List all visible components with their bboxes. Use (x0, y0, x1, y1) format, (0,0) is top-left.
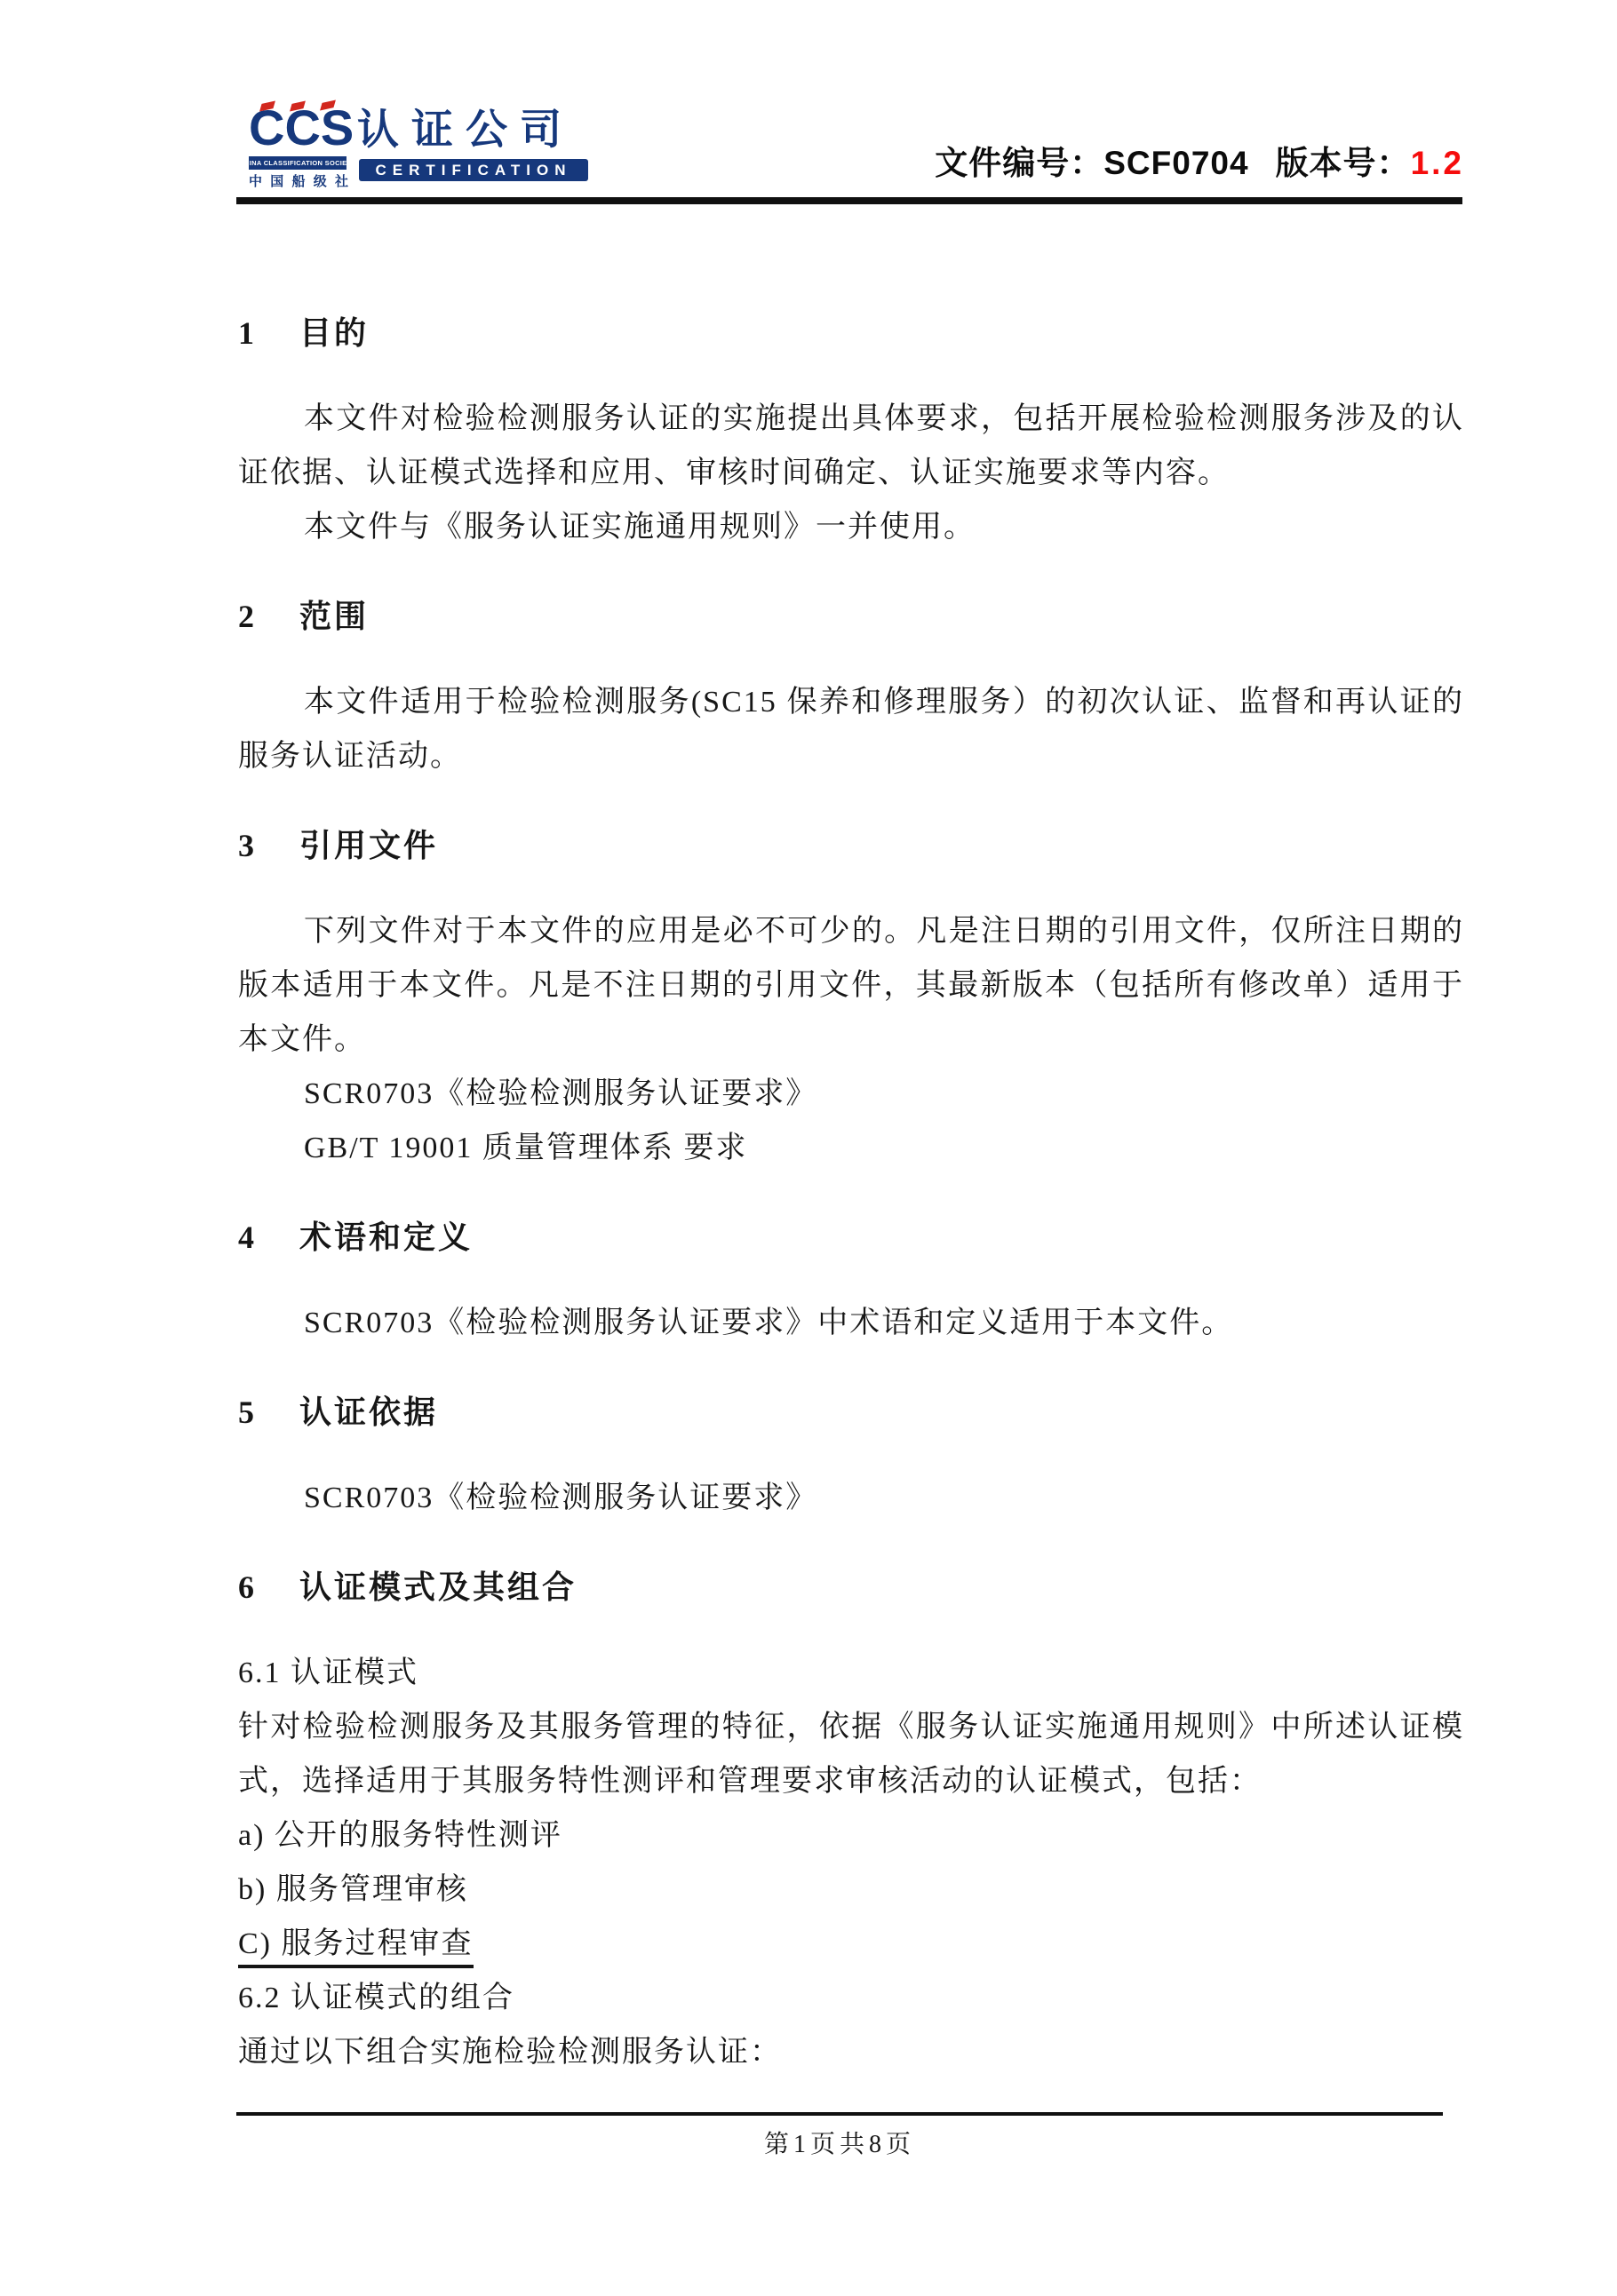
paragraph-text: b) 服务管理审核 (238, 1873, 468, 1906)
section-heading: 1目的 (238, 306, 1464, 361)
paragraph-text: a) 公开的服务特性测评 (238, 1819, 562, 1852)
paragraph-text: SCR0703《检验检测服务认证要求》 (304, 1482, 817, 1514)
paragraph-text: GB/T 19001 质量管理体系 要求 (304, 1132, 747, 1164)
body-paragraph: 下列文件对于本文件的应用是必不可少的。凡是注日期的引用文件，仅所注日期的版本适用… (238, 904, 1464, 1067)
section-number: 3 (238, 819, 299, 873)
certification-bar: CERTIFICATION (359, 159, 588, 181)
society-cn-char: 级 (314, 171, 327, 190)
paragraph-text: 本文件与《服务认证实施通用规则》一并使用。 (304, 511, 976, 544)
section-heading: 6认证模式及其组合 (238, 1561, 1464, 1615)
section-number: 4 (238, 1211, 299, 1265)
body-paragraph: 针对检验检测服务及其服务管理的特征，依据《服务认证实施通用规则》中所述认证模式，… (238, 1700, 1464, 1808)
section-title: 术语和定义 (299, 1220, 473, 1255)
header-rule (236, 197, 1462, 204)
society-cn-char: 船 (291, 171, 305, 190)
section-number: 6 (238, 1561, 299, 1615)
society-cn-char: 中 (249, 171, 262, 190)
underlined-text: C) 服务过程审查 (238, 1927, 474, 1968)
society-cn-char: 社 (335, 171, 348, 190)
body-paragraph: a) 公开的服务特性测评 (238, 1808, 1464, 1863)
society-cn-label: 中国船级社 (249, 171, 348, 190)
ccs-mark: CCS (249, 105, 348, 153)
section-title: 范围 (299, 599, 369, 634)
body-paragraph: C) 服务过程审查 (238, 1917, 1464, 1971)
section-number: 2 (238, 590, 299, 644)
body-paragraph: 6.1 认证模式 (238, 1646, 1464, 1700)
company-name-cn: 认证公司 (357, 108, 574, 151)
version-label: 版本号： (1276, 145, 1411, 181)
body-paragraph: 本文件对检验检测服务认证的实施提出具体要求，包括开展检验检测服务涉及的认证依据、… (238, 392, 1464, 500)
body-paragraph: SCR0703《检验检测服务认证要求》 (238, 1067, 1464, 1121)
paragraph-text: 6.2 认证模式的组合 (238, 1982, 514, 2014)
ccs-logo: CCS CHINA CLASSIFICATION SOCIETY 中国船级社 认… (249, 105, 595, 189)
body-paragraph: b) 服务管理审核 (238, 1863, 1464, 1917)
doc-number-value: SCF0704 (1103, 145, 1248, 181)
body-paragraph: 本文件与《服务认证实施通用规则》一并使用。 (238, 500, 1464, 554)
paragraph-text: 本文件对检验检测服务认证的实施提出具体要求，包括开展检验检测服务涉及的认证依据、… (238, 402, 1464, 489)
section-heading: 2范围 (238, 590, 1464, 644)
section-title: 认证依据 (299, 1394, 438, 1430)
page-number: 第1页共8页 (236, 2125, 1443, 2160)
body-paragraph: 本文件适用于检验检测服务(SC15 保养和修理服务）的初次认证、监督和再认证的服… (238, 675, 1464, 783)
document-page: CCS CHINA CLASSIFICATION SOCIETY 中国船级社 认… (0, 0, 1617, 2296)
body-paragraph: SCR0703《检验检测服务认证要求》 (238, 1471, 1464, 1525)
section-heading: 5认证依据 (238, 1386, 1464, 1440)
paragraph-text: 针对检验检测服务及其服务管理的特征，依据《服务认证实施通用规则》中所述认证模式，… (238, 1711, 1464, 1798)
section-number: 5 (238, 1386, 299, 1440)
body-paragraph: 6.2 认证模式的组合 (238, 1971, 1464, 2025)
document-body: 1目的本文件对检验检测服务认证的实施提出具体要求，包括开展检验检测服务涉及的认证… (238, 306, 1464, 2079)
body-paragraph: 通过以下组合实施检验检测服务认证： (238, 2025, 1464, 2079)
section-heading: 3引用文件 (238, 819, 1464, 873)
document-id-line: 文件编号：SCF0704版本号：1.2 (935, 144, 1464, 183)
section-number: 1 (238, 306, 299, 361)
paragraph-text: 本文件适用于检验检测服务(SC15 保养和修理服务）的初次认证、监督和再认证的服… (238, 686, 1464, 773)
body-paragraph: SCR0703《检验检测服务认证要求》中术语和定义适用于本文件。 (238, 1296, 1464, 1350)
section-title: 引用文件 (299, 828, 438, 863)
section-title: 认证模式及其组合 (299, 1569, 577, 1605)
society-cn-char: 国 (270, 171, 283, 190)
section-heading: 4术语和定义 (238, 1211, 1464, 1265)
paragraph-text: 通过以下组合实施检验检测服务认证： (238, 2036, 782, 2069)
paragraph-text: SCR0703《检验检测服务认证要求》 (304, 1077, 817, 1110)
doc-number-label: 文件编号： (935, 145, 1103, 181)
paragraph-text: SCR0703《检验检测服务认证要求》中术语和定义适用于本文件。 (304, 1307, 1233, 1339)
body-paragraph: GB/T 19001 质量管理体系 要求 (238, 1121, 1464, 1175)
footer-rule (236, 2112, 1443, 2116)
section-title: 目的 (299, 315, 369, 351)
paragraph-text: 6.1 认证模式 (238, 1656, 418, 1689)
version-value: 1.2 (1411, 145, 1464, 181)
society-en-bar: CHINA CLASSIFICATION SOCIETY (249, 156, 346, 170)
paragraph-text: 下列文件对于本文件的应用是必不可少的。凡是注日期的引用文件，仅所注日期的版本适用… (238, 915, 1464, 1056)
